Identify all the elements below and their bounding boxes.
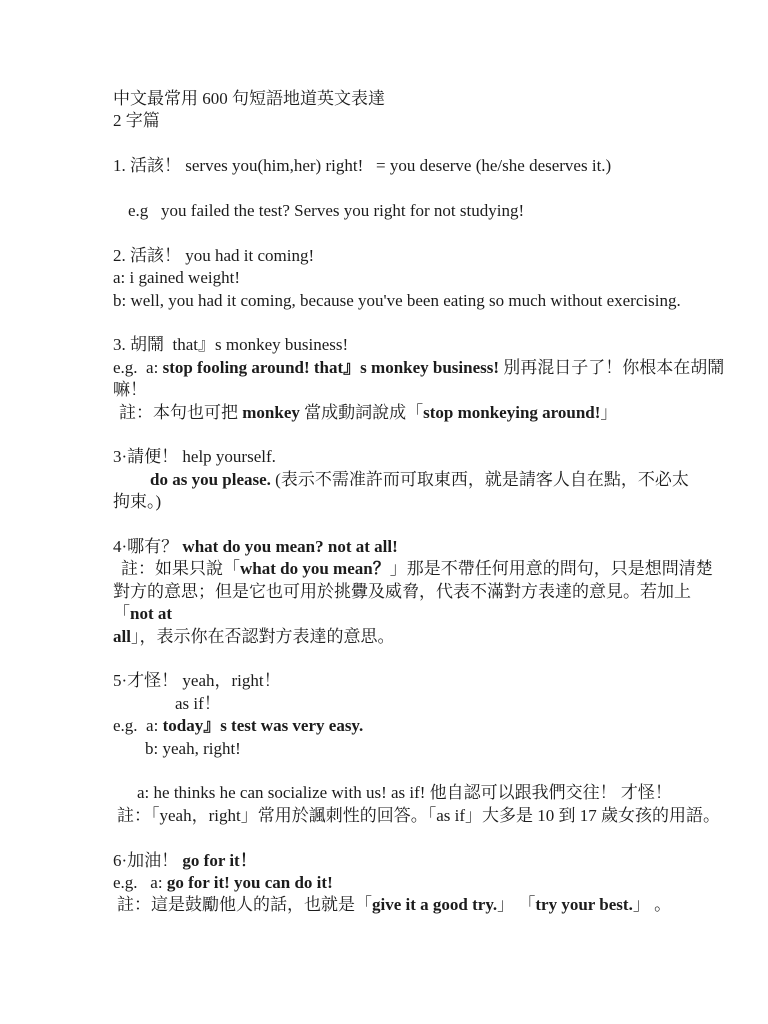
text-line: b: yeah, right! xyxy=(113,738,712,760)
entry-1-example: e.g you failed the test? Serves you righ… xyxy=(113,200,712,222)
text-line: a: he thinks he can socialize with us! a… xyxy=(113,782,712,804)
text-run: 註：本句也可把 xyxy=(119,403,242,422)
text-line: 5·才怪！ yeah，right！ xyxy=(113,670,712,692)
text-line: a: i gained weight! xyxy=(113,267,712,289)
text-run: 6·加油！ xyxy=(113,851,182,870)
emphasized-text-run: stop monkeying around! xyxy=(423,403,600,422)
text-run: 當成動詞說成「 xyxy=(300,403,423,422)
text-run: e.g you failed the test? Serves you righ… xyxy=(128,201,524,220)
entry-5-note: a: he thinks he can socialize with us! a… xyxy=(113,782,712,827)
text-run: 2 字篇 xyxy=(113,111,160,130)
entry-4: 4·哪有？ what do you mean? not at all!註：如果只… xyxy=(113,536,712,648)
text-line: 3·請便！ help yourself. xyxy=(113,446,712,468)
text-run: a: i gained weight! xyxy=(113,268,240,287)
text-run: 註：「yeah，right」常用於諷刺性的回答。「as if」大多是 10 到 … xyxy=(117,806,720,825)
text-run: 」 。 xyxy=(633,895,671,914)
text-run: 註：如果只說「 xyxy=(121,559,240,578)
text-line: 1. 活該！ serves you(him,her) right! = you … xyxy=(113,155,712,177)
text-run: 嘛！ xyxy=(113,380,147,399)
text-line: 3. 胡鬧 that』s monkey business! xyxy=(113,334,712,356)
emphasized-text-run: stop fooling around! that』s monkey busin… xyxy=(163,358,499,377)
text-line: 註：「yeah，right」常用於諷刺性的回答。「as if」大多是 10 到 … xyxy=(113,805,712,827)
text-line: e.g. a: today』s test was very easy. xyxy=(113,715,712,737)
text-line: 拘束。) xyxy=(113,491,712,513)
text-run: 」，表示你在否認對方表達的意思。 xyxy=(131,627,395,646)
entry-2: 2. 活該！ you had it coming!a: i gained wei… xyxy=(113,245,712,312)
text-run: e.g. a: xyxy=(113,873,167,892)
text-line: 註：這是鼓勵他人的話，也就是「give it a good try.」 「try… xyxy=(113,894,712,916)
text-line: 註：本句也可把 monkey 當成動詞說成「stop monkeying aro… xyxy=(113,402,712,424)
text-line: b: well, you had it coming, because you'… xyxy=(113,290,712,312)
text-run: 4·哪有？ xyxy=(113,537,182,556)
entry-5: 5·才怪！ yeah，right！as if！e.g. a: today』s t… xyxy=(113,670,712,760)
text-run: 」 「 xyxy=(497,895,535,914)
emphasized-text-run: go for it！ xyxy=(182,851,256,870)
text-run: e.g. a: xyxy=(113,716,163,735)
text-line: 2 字篇 xyxy=(113,110,712,132)
text-line: do as you please. (表示不需准許而可取東西，就是請客人自在點，… xyxy=(113,469,712,491)
text-line: 6·加油！ go for it！ xyxy=(113,850,712,872)
text-run: b: well, you had it coming, because you'… xyxy=(113,291,681,310)
text-line: 「not at xyxy=(113,603,712,625)
text-line: all」，表示你在否認對方表達的意思。 xyxy=(113,626,712,648)
text-line: e.g. a: stop fooling around! that』s monk… xyxy=(113,357,712,379)
text-run: (表示不需准許而可取東西，就是請客人自在點，不必太 xyxy=(271,470,689,489)
emphasized-text-run: not at xyxy=(130,604,172,623)
text-line: as if！ xyxy=(113,693,712,715)
text-run: 中文最常用 600 句短語地道英文表達 xyxy=(113,89,385,108)
text-run: a: he thinks he can socialize with us! a… xyxy=(137,783,672,802)
text-run: 別再混日子了！你根本在胡鬧 xyxy=(499,358,724,377)
text-run: 1. 活該！ serves you(him,her) right! = you … xyxy=(113,156,611,175)
text-line: 4·哪有？ what do you mean? not at all! xyxy=(113,536,712,558)
text-line: 註：如果只說「what do you mean？」那是不帶任何用意的問句，只是想… xyxy=(113,558,712,580)
text-line: 2. 活該！ you had it coming! xyxy=(113,245,712,267)
text-run: e.g. a: xyxy=(113,358,163,377)
text-line: 對方的意思；但是它也可用於挑釁及威脅，代表不滿對方表達的意見。若加上 xyxy=(113,581,712,603)
document-page: 中文最常用 600 句短語地道英文表達2 字篇1. 活該！ serves you… xyxy=(0,0,768,1024)
entry-6: 6·加油！ go for it！e.g. a: go for it! you c… xyxy=(113,850,712,917)
text-line: 中文最常用 600 句短語地道英文表達 xyxy=(113,88,712,110)
text-run: 註：這是鼓勵他人的話，也就是「 xyxy=(117,895,372,914)
text-line: e.g. a: go for it! you can do it! xyxy=(113,872,712,894)
emphasized-text-run: monkey xyxy=(242,403,300,422)
entry-3-help-yourself: 3·請便！ help yourself.do as you please. (表… xyxy=(113,446,712,513)
emphasized-text-run: what do you mean? not at all! xyxy=(182,537,397,556)
text-run: 3. 胡鬧 that』s monkey business! xyxy=(113,335,348,354)
emphasized-text-run: all xyxy=(113,627,131,646)
text-run: 5·才怪！ yeah，right！ xyxy=(113,671,281,690)
text-run: 「 xyxy=(113,604,130,623)
text-run: 」 xyxy=(600,403,617,422)
text-run: b: yeah, right! xyxy=(145,739,241,758)
emphasized-text-run: today』s test was very easy. xyxy=(163,716,364,735)
text-run: 拘束。) xyxy=(113,492,161,511)
text-run: 」那是不帶任何用意的問句，只是想問清楚 xyxy=(390,559,713,578)
text-run: as if！ xyxy=(175,694,221,713)
emphasized-text-run: what do you mean？ xyxy=(240,559,390,578)
emphasized-text-run: do as you please. xyxy=(150,470,271,489)
entry-3-monkey-business: 3. 胡鬧 that』s monkey business!e.g. a: sto… xyxy=(113,334,712,424)
doc-title: 中文最常用 600 句短語地道英文表達2 字篇 xyxy=(113,88,712,133)
text-line: 嘛！ xyxy=(113,379,712,401)
text-run: 對方的意思；但是它也可用於挑釁及威脅，代表不滿對方表達的意見。若加上 xyxy=(113,582,691,601)
emphasized-text-run: give it a good try. xyxy=(372,895,497,914)
emphasized-text-run: try your best. xyxy=(535,895,632,914)
entry-1-heading: 1. 活該！ serves you(him,her) right! = you … xyxy=(113,155,712,177)
emphasized-text-run: go for it! you can do it! xyxy=(167,873,333,892)
text-run: 2. 活該！ you had it coming! xyxy=(113,246,314,265)
text-run: 3·請便！ help yourself. xyxy=(113,447,276,466)
text-line: e.g you failed the test? Serves you righ… xyxy=(113,200,712,222)
